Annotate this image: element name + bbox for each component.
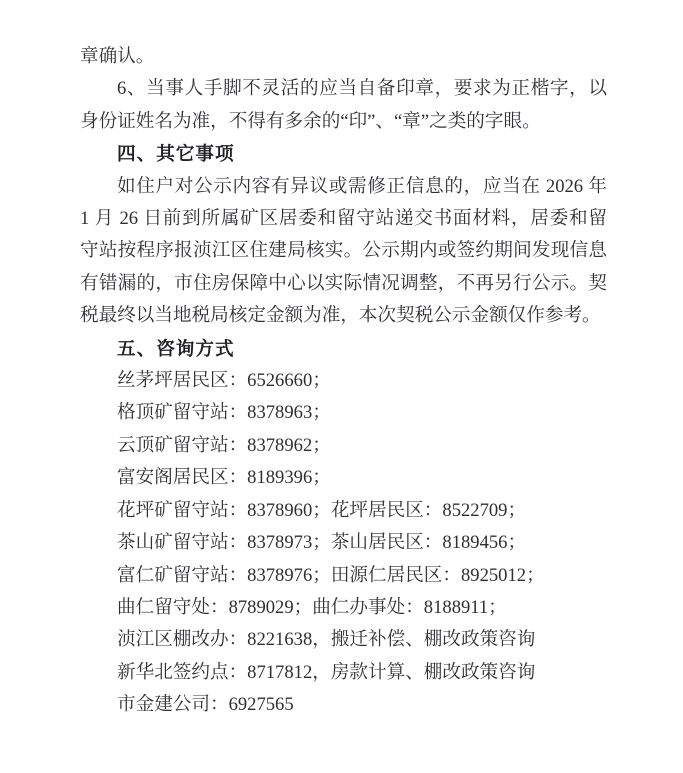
doc-line: 市金建公司：6927565 (80, 689, 607, 721)
doc-line: 守站按程序报浈江区住建局核实。公示期内或签约期间发现信息 (80, 235, 607, 267)
document-body: 章确认。6、当事人手脚不灵活的应当自备印章，要求为正楷字，以身份证姓名为准，不得… (0, 0, 683, 722)
doc-line: 茶山矿留守站：8378973；茶山居民区：8189456； (80, 527, 607, 559)
doc-line: 丝茅坪居民区：6526660； (80, 365, 607, 397)
document-page: 章确认。6、当事人手脚不灵活的应当自备印章，要求为正楷字，以身份证姓名为准，不得… (0, 0, 683, 773)
doc-line: 税最终以当地税局核定金额为准，本次契税公示金额仅作参考。 (80, 300, 607, 332)
doc-line: 章确认。 (80, 41, 607, 73)
section-heading: 四、其它事项 (80, 138, 607, 170)
doc-line: 格顶矿留守站：8378963； (80, 397, 607, 429)
doc-line: 1 月 26 日前到所属矿区居委和留守站递交书面材料，居委和留 (80, 203, 607, 235)
doc-line: 富安阁居民区：8189396； (80, 462, 607, 494)
section-heading: 五、咨询方式 (80, 333, 607, 365)
doc-line: 6、当事人手脚不灵活的应当自备印章，要求为正楷字，以 (80, 73, 607, 105)
doc-line: 如住户对公示内容有异议或需修正信息的，应当在 2026 年 (80, 171, 607, 203)
doc-line: 富仁矿留守站：8378976；田源仁居民区：8925012； (80, 560, 607, 592)
doc-line: 有错漏的，市住房保障中心以实际情况调整，不再另行公示。契 (80, 268, 607, 300)
doc-line: 曲仁留守处：8789029；曲仁办事处：8188911； (80, 592, 607, 624)
doc-line: 花坪矿留守站：8378960；花坪居民区：8522709； (80, 495, 607, 527)
doc-line: 浈江区棚改办：8221638，搬迁补偿、棚改政策咨询 (80, 624, 607, 656)
doc-line: 云顶矿留守站：8378962； (80, 430, 607, 462)
doc-line: 身份证姓名为准，不得有多余的“印”、“章”之类的字眼。 (80, 106, 607, 138)
doc-line: 新华北签约点：8717812，房款计算、棚改政策咨询 (80, 657, 607, 689)
